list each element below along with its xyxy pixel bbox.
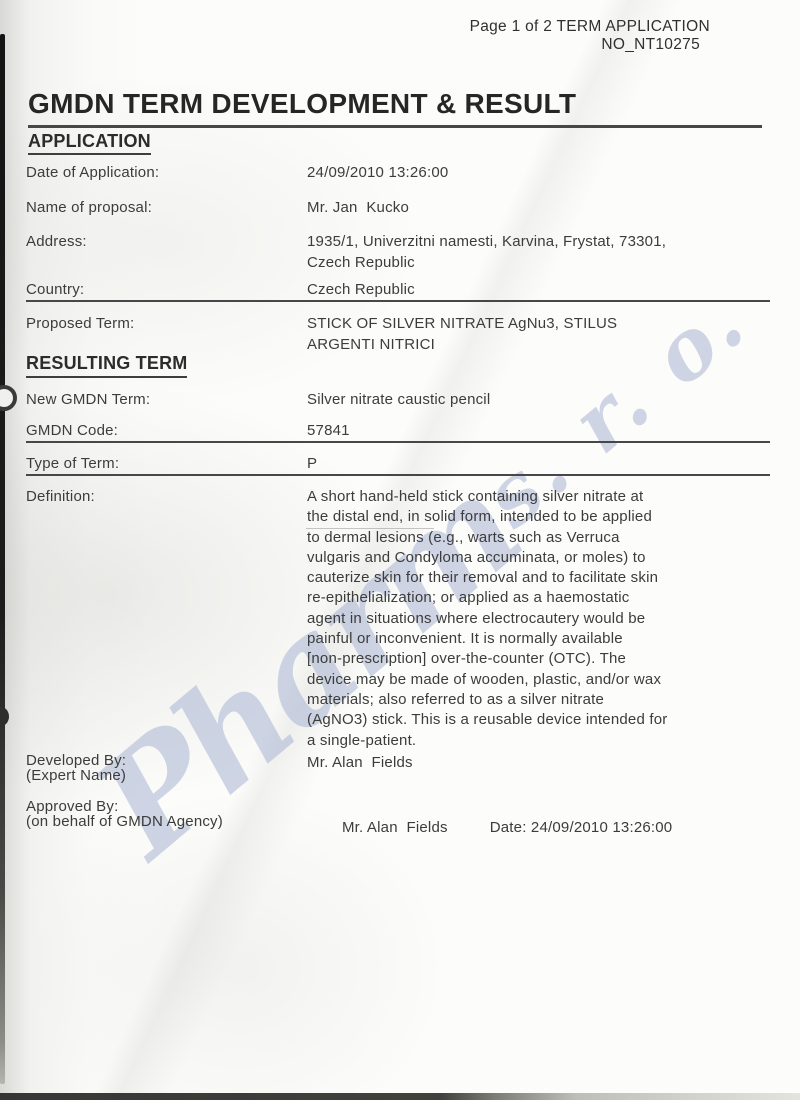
name-of-proposal-value: Mr. Jan Kucko bbox=[307, 198, 770, 217]
section-heading-application: APPLICATION bbox=[28, 131, 151, 155]
definition-value: A short hand-held stick containing silve… bbox=[307, 487, 770, 751]
page-number-line: Page 1 of 2 TERM APPLICATION bbox=[470, 18, 710, 36]
application-form: Date of Application: 24/09/2010 13:26:00… bbox=[26, 163, 770, 856]
date-of-application-value: 24/09/2010 13:26:00 bbox=[307, 163, 770, 182]
field-row-developed-by: Developed By: (Expert Name) Mr. Alan Fie… bbox=[26, 753, 770, 783]
field-row-address: Address: 1935/1, Univerzitni namesti, Ka… bbox=[26, 231, 770, 273]
type-of-term-value: P bbox=[307, 454, 770, 473]
application-number: NO_NT10275 bbox=[470, 36, 710, 54]
new-gmdn-term-label: New GMDN Term: bbox=[26, 390, 307, 409]
approved-by-value-wrap: Mr. Alan FieldsDate: 24/09/2010 13:26:00 bbox=[307, 799, 770, 856]
scanned-document-page: Pharm s. r. o. Page 1 of 2 TERM APPLICAT… bbox=[0, 0, 800, 1100]
address-label: Address: bbox=[26, 231, 307, 252]
developed-by-label: Developed By: (Expert Name) bbox=[26, 753, 307, 783]
field-row-country: Country: Czech Republic bbox=[26, 280, 770, 302]
field-row-definition: Definition: A short hand-held stick cont… bbox=[26, 487, 770, 751]
date-of-application-label: Date of Application: bbox=[26, 163, 307, 182]
section-heading-resulting-term: RESULTING TERM bbox=[26, 353, 187, 378]
field-row-gmdn-code: GMDN Code: 57841 bbox=[26, 421, 770, 443]
gmdn-code-value: 57841 bbox=[307, 421, 770, 440]
approved-by-label-main: Approved By: bbox=[26, 799, 307, 814]
field-row-approved-by: Approved By: (on behalf of GMDN Agency) … bbox=[26, 799, 770, 856]
section-heading-resulting-term-wrap: RESULTING TERM bbox=[26, 355, 770, 378]
binder-hole-bottom bbox=[0, 707, 9, 726]
scan-edge-bottom bbox=[0, 1093, 800, 1100]
approved-by-name: Mr. Alan Fields bbox=[342, 819, 448, 836]
document-title: GMDN TERM DEVELOPMENT & RESULT bbox=[28, 88, 762, 128]
scan-edge-left bbox=[0, 34, 5, 1084]
country-label: Country: bbox=[26, 280, 307, 299]
binder-hole-top bbox=[0, 385, 17, 411]
proposed-term-value: STICK OF SILVER NITRATE AgNu3, STILUS AR… bbox=[307, 313, 770, 355]
approved-by-label: Approved By: (on behalf of GMDN Agency) bbox=[26, 799, 307, 829]
approved-by-label-sub: (on behalf of GMDN Agency) bbox=[26, 814, 307, 829]
new-gmdn-term-value: Silver nitrate caustic pencil bbox=[307, 390, 770, 409]
proposed-term-label: Proposed Term: bbox=[26, 313, 307, 334]
field-row-type-of-term: Type of Term: P bbox=[26, 454, 770, 476]
field-row-name-of-proposal: Name of proposal: Mr. Jan Kucko bbox=[26, 198, 770, 217]
developed-by-value: Mr. Alan Fields bbox=[307, 753, 770, 772]
developed-by-label-sub: (Expert Name) bbox=[26, 768, 307, 783]
gmdn-code-label: GMDN Code: bbox=[26, 421, 307, 440]
developed-by-label-main: Developed By: bbox=[26, 753, 307, 768]
field-row-new-gmdn-term: New GMDN Term: Silver nitrate caustic pe… bbox=[26, 390, 770, 409]
field-row-proposed-term: Proposed Term: STICK OF SILVER NITRATE A… bbox=[26, 313, 770, 355]
page-header: Page 1 of 2 TERM APPLICATION NO_NT10275 bbox=[470, 18, 710, 54]
country-value: Czech Republic bbox=[307, 280, 770, 299]
approved-by-date: Date: 24/09/2010 13:26:00 bbox=[490, 819, 673, 836]
type-of-term-label: Type of Term: bbox=[26, 454, 307, 473]
address-value: 1935/1, Univerzitni namesti, Karvina, Fr… bbox=[307, 231, 770, 273]
definition-label: Definition: bbox=[26, 487, 307, 506]
name-of-proposal-label: Name of proposal: bbox=[26, 198, 307, 217]
field-row-date-of-application: Date of Application: 24/09/2010 13:26:00 bbox=[26, 163, 770, 182]
